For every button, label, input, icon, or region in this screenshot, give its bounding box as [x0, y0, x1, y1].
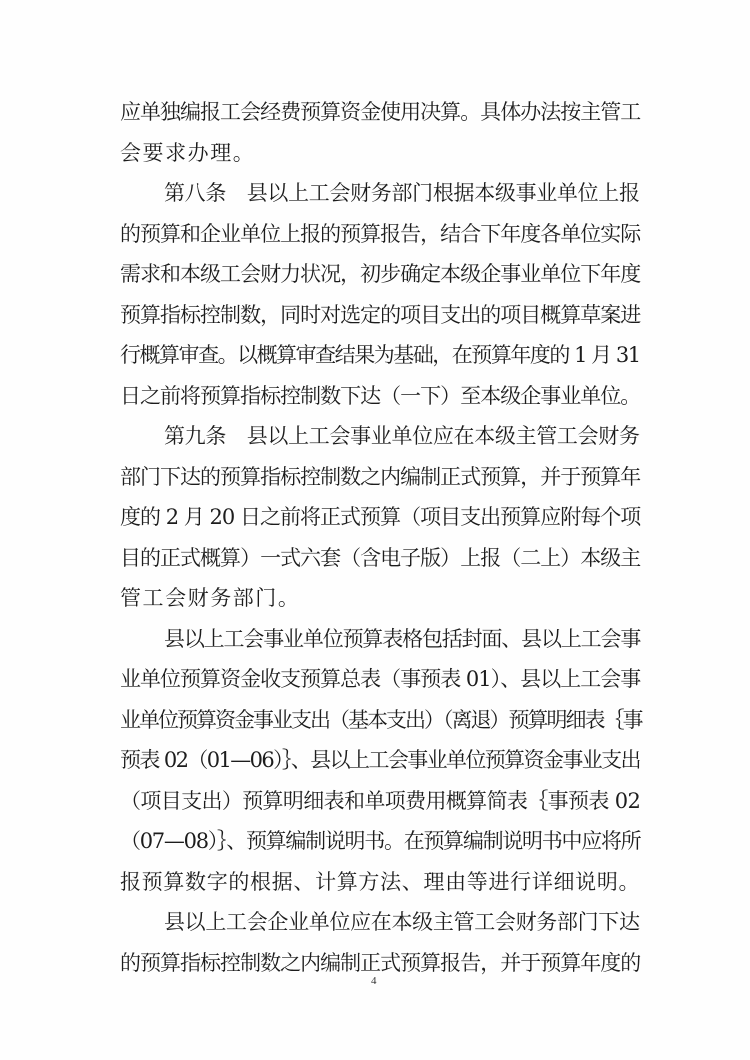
text-line: 预表 02（01—06）｝、县以上工会事业单位预算资金事业支出 [120, 740, 640, 781]
paragraph-first-line: 县以上工会事业单位预算表格包括封面、县以上工会事 [120, 619, 640, 660]
body-text: 应单独编报工会经费预算资金使用决算。具体办法按主管工会要求办理。第八条 县以上工… [120, 92, 640, 983]
text-line: 业单位预算资金事业支出（基本支出）（离退）预算明细表｛事 [120, 700, 640, 741]
text-line: 的预算和企业单位上报的预算报告，结合下年度各单位实际 [120, 214, 640, 255]
text-line: 预算指标控制数，同时对选定的项目支出的项目概算草案进 [120, 295, 640, 336]
text-line: 应单独编报工会经费预算资金使用决算。具体办法按主管工 [120, 92, 640, 133]
text-line: 日之前将预算指标控制数下达（一下）至本级企事业单位。 [120, 376, 640, 417]
text-line: 部门下达的预算指标控制数之内编制正式预算，并于预算年 [120, 457, 640, 498]
text-line: 的预算指标控制数之内编制正式预算报告，并于预算年度的 [120, 943, 640, 984]
text-line: 目的正式概算）一式六套（含电子版）上报（二上）本级主 [120, 538, 640, 579]
paragraph-first-line: 第九条 县以上工会事业单位应在本级主管工会财务 [120, 416, 640, 457]
paragraph-first-line: 县以上工会企业单位应在本级主管工会财务部门下达 [120, 902, 640, 943]
text-line: 行概算审查。以概算审查结果为基础，在预算年度的 1 月 31 [120, 335, 640, 376]
text-line: （07—08）｝、预算编制说明书。在预算编制说明书中应将所 [120, 821, 640, 862]
text-line: 需求和本级工会财力状况，初步确定本级企事业单位下年度 [120, 254, 640, 295]
text-line: 会要求办理。 [120, 133, 640, 174]
paragraph-first-line: 第八条 县以上工会财务部门根据本级事业单位上报 [120, 173, 640, 214]
text-line: 度的 2 月 20 日之前将正式预算（项目支出预算应附每个项 [120, 497, 640, 538]
document-page: 应单独编报工会经费预算资金使用决算。具体办法按主管工会要求办理。第八条 县以上工… [0, 0, 750, 1060]
text-line: 业单位预算资金收支预算总表（事预表 01）、县以上工会事 [120, 659, 640, 700]
text-line: 管工会财务部门。 [120, 578, 640, 619]
text-line: 报预算数字的根据、计算方法、理由等进行详细说明。 [120, 862, 640, 903]
page-number: 4 [371, 975, 377, 987]
text-line: （项目支出）预算明细表和单项费用概算简表｛事预表 02 [120, 781, 640, 822]
